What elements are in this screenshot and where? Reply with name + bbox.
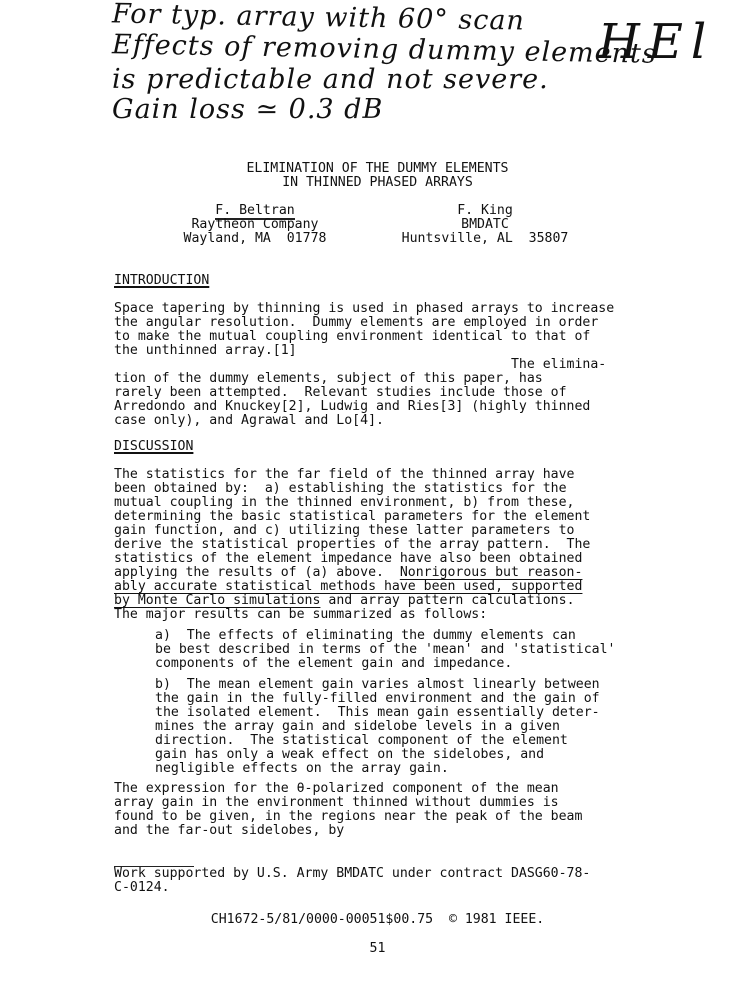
handwritten-initials: HEl [598, 14, 714, 70]
handwritten-note-line-3: is predictable and not severe. [112, 64, 549, 95]
text-line: rarely been attempted. Relevant studies … [114, 386, 614, 400]
text-line: components of the element gain and imped… [155, 657, 616, 671]
text-line: statistics of the element impedance have… [114, 552, 590, 566]
author-2-affiliation: BMDATC [385, 218, 585, 232]
text-line: the unthinned array.[1] [114, 344, 614, 358]
text-line: array gain in the environment thinned wi… [114, 796, 582, 810]
text-line: be best described in terms of the 'mean'… [155, 643, 616, 657]
text-line: The expression for the θ-polarized compo… [114, 782, 582, 796]
text-segment: applying the results of (a) above. [114, 565, 400, 580]
author-2-address: Huntsville, AL 35807 [385, 232, 585, 246]
discussion-paragraph: The statistics for the far field of the … [114, 468, 590, 622]
text-line: The major results can be summarized as f… [114, 608, 590, 622]
section-heading-introduction: INTRODUCTION [114, 274, 209, 288]
hand-underlined-text: by Monte Carlo simulations [114, 593, 320, 608]
text-line: mines the array gain and sidelobe levels… [155, 720, 600, 734]
text-line: found to be given, in the regions near t… [114, 810, 582, 824]
text-line: direction. The statistical component of … [155, 734, 600, 748]
text-line: tion of the dummy elements, subject of t… [114, 372, 614, 386]
text-line: determining the basic statistical parame… [114, 510, 590, 524]
text-segment: and array pattern calculations. [320, 593, 574, 608]
text-line: Space tapering by thinning is used in ph… [114, 302, 614, 316]
text-line: The elimina- [114, 358, 614, 372]
text-line: the gain in the fully-filled environment… [155, 692, 600, 706]
text-line: b) The mean element gain varies almost l… [155, 678, 600, 692]
result-item-a: a) The effects of eliminating the dummy … [155, 629, 616, 671]
text-line: C-0124. [114, 881, 590, 895]
result-item-b: b) The mean element gain varies almost l… [155, 678, 600, 776]
text-line: derive the statistical properties of the… [114, 538, 590, 552]
text-line: negligible effects on the array gain. [155, 762, 600, 776]
paper-title-line-2: IN THINNED PHASED ARRAYS [0, 176, 755, 190]
text-line: gain function, and c) utilizing these la… [114, 524, 590, 538]
page-number: 51 [0, 942, 755, 956]
paper-title-line-1: ELIMINATION OF THE DUMMY ELEMENTS [0, 162, 755, 176]
text-line: Work supported by U.S. Army BMDATC under… [114, 867, 590, 881]
text-line: Arredondo and Knuckey[2], Ludwig and Rie… [114, 400, 614, 414]
hand-underlined-text: Nonrigorous but reason- [400, 565, 583, 580]
text-line: a) The effects of eliminating the dummy … [155, 629, 616, 643]
text-line: gain has only a weak effect on the sidel… [155, 748, 600, 762]
author-2-name: F. King [385, 204, 585, 218]
introduction-paragraph: Space tapering by thinning is used in ph… [114, 302, 614, 428]
text-line: and the far-out sidelobes, by [114, 824, 582, 838]
text-line: The statistics for the far field of the … [114, 468, 590, 482]
author-1-name: F. Beltran [170, 204, 340, 218]
author-1-affiliation: Raytheon Company [170, 218, 340, 232]
hand-underlined-text: ably accurate statistical methods have b… [114, 580, 590, 594]
text-line: mutual coupling in the thinned environme… [114, 496, 590, 510]
text-line: been obtained by: a) establishing the st… [114, 482, 590, 496]
copyright-line: CH1672-5/81/0000-00051$00.75 © 1981 IEEE… [0, 913, 755, 927]
document-page: For typ. array with 60° scan Effects of … [0, 0, 755, 1000]
text-line: case only), and Agrawal and Lo[4]. [114, 414, 614, 428]
section-heading-discussion: DISCUSSION [114, 440, 193, 454]
text-line-with-marking: by Monte Carlo simulations and array pat… [114, 594, 590, 608]
handwritten-note-line-4: Gain loss ≃ 0.3 dB [112, 94, 383, 125]
author-1-address: Wayland, MA 01778 [170, 232, 340, 246]
closing-paragraph: The expression for the θ-polarized compo… [114, 782, 582, 838]
footnote: Work supported by U.S. Army BMDATC under… [114, 867, 590, 895]
text-line: to make the mutual coupling environment … [114, 330, 614, 344]
text-line-with-marking: applying the results of (a) above. Nonri… [114, 566, 590, 580]
text-line: the angular resolution. Dummy elements a… [114, 316, 614, 330]
text-line: the isolated element. This mean gain ess… [155, 706, 600, 720]
